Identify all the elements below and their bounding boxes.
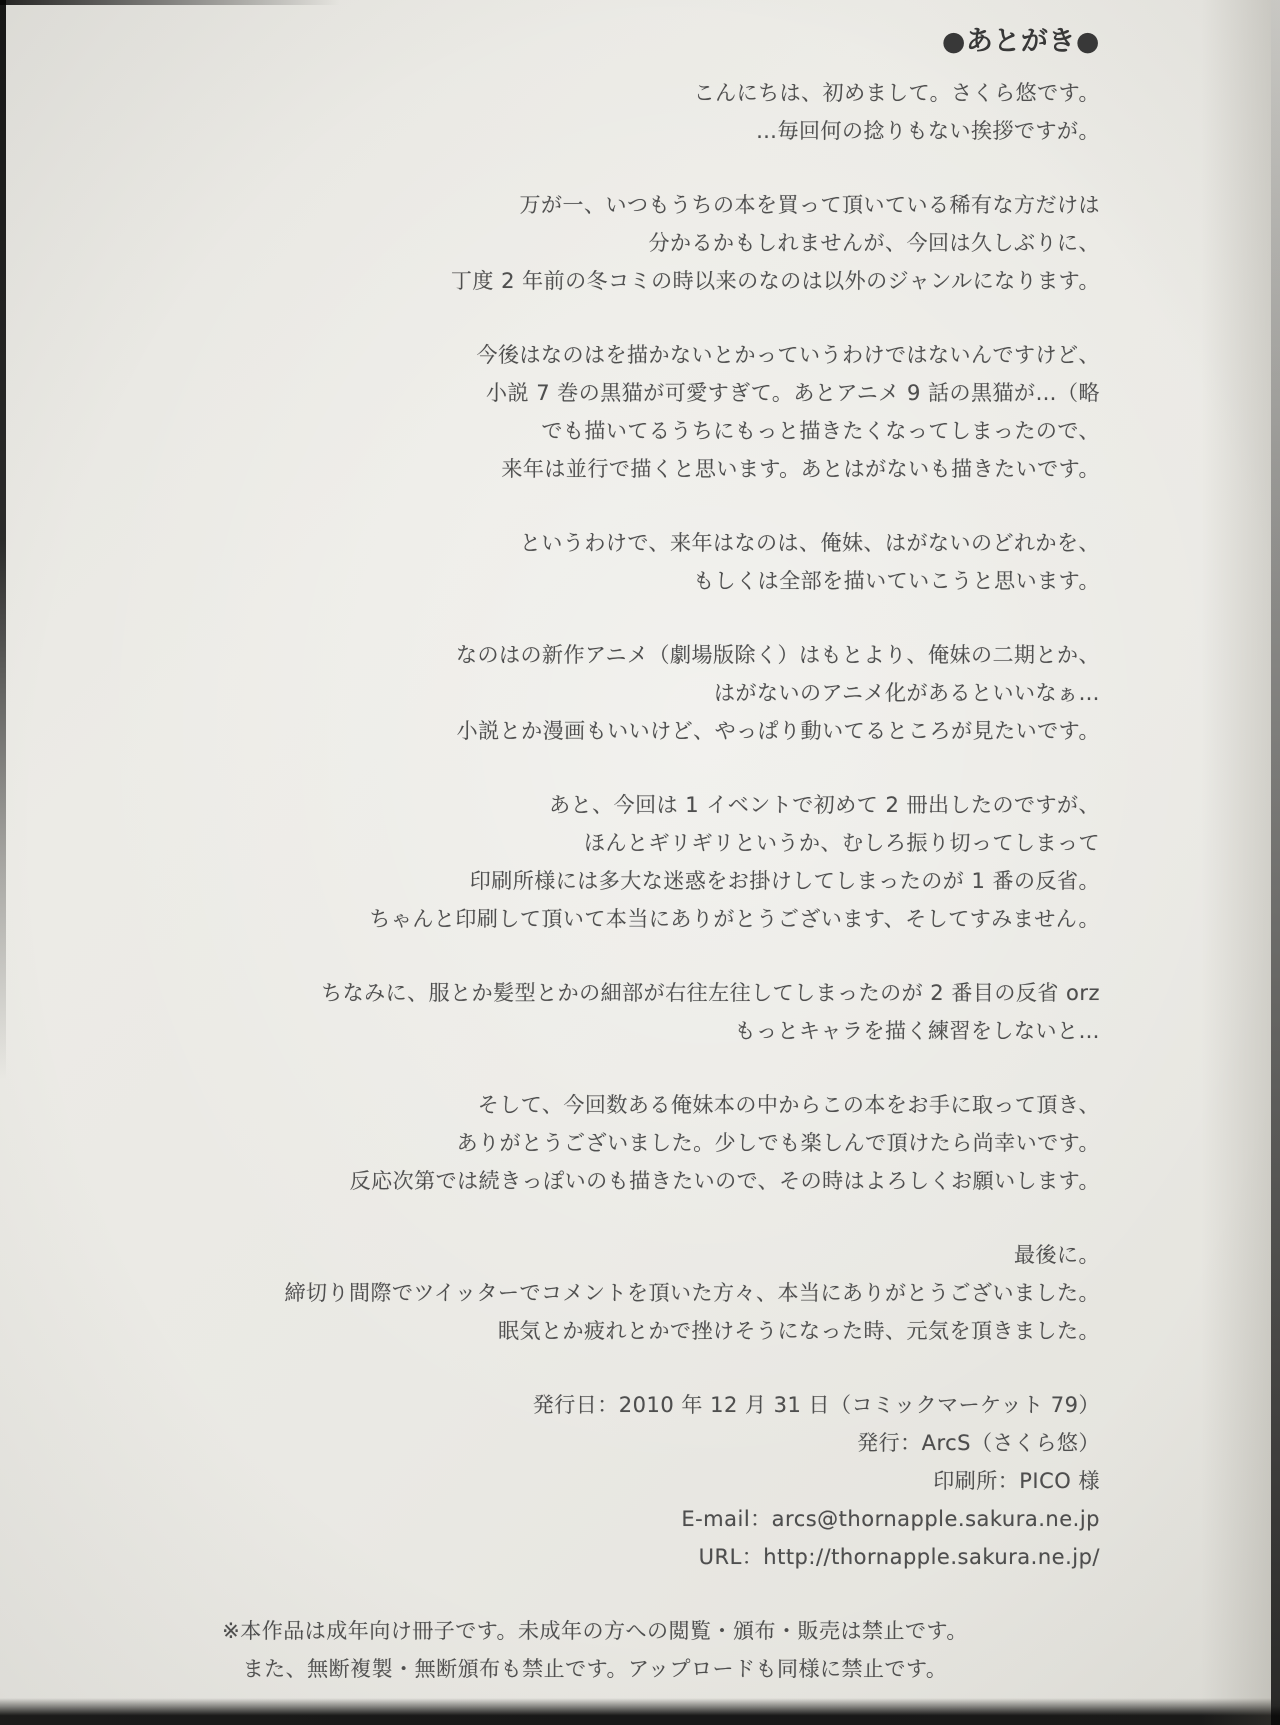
paragraph-thanks-readers: そして、今回数ある俺妹本の中からこの本をお手に取って頂き、 ありがとうございまし… [90,1086,1100,1200]
text-line: ほんとギリギリというか、むしろ振り切ってしまって [90,824,1100,862]
text-line: ありがとうございました。少しでも楽しんで頂けたら尚幸いです。 [90,1124,1100,1162]
paragraph-greeting: こんにちは、初めまして。さくら悠です。 …毎回何の捻りもない挨拶ですが。 [90,74,1100,150]
text-line: 来年は並行で描くと思います。あとはがないも描きたいです。 [90,450,1100,488]
disclaimer-line: また、無断複製・無断頒布も禁止です。アップロードも同様に禁止です。 [90,1650,1100,1688]
text-line: もしくは全部を描いていこうと思います。 [90,562,1100,600]
publication-date-line: 発行日：2010 年 12 月 31 日（コミックマーケット 79） [90,1386,1100,1424]
url-line: URL：http://thornapple.sakura.ne.jp/ [90,1538,1100,1576]
text-line: 印刷所様には多大な迷惑をお掛けしてしまったのが 1 番の反省。 [90,862,1100,900]
text-line: 最後に。 [90,1236,1100,1274]
text-line: 丁度 2 年前の冬コミの時以来のなのは以外のジャンルになります。 [90,262,1100,300]
text-line: そして、今回数ある俺妹本の中からこの本をお手に取って頂き、 [90,1086,1100,1124]
adult-content-disclaimer: ※本作品は成年向け冊子です。未成年の方への閲覧・頒布・販売は禁止です。 また、無… [90,1612,1100,1688]
text-line: ちなみに、服とか髪型とかの細部が右往左往してしまったのが 2 番目の反省 orz [90,974,1100,1012]
text-line: …毎回何の捻りもない挨拶ですが。 [90,112,1100,150]
paragraph-final-thanks: 最後に。 締切り間際でツイッターでコメントを頂いた方々、本当にありがとうございま… [90,1236,1100,1350]
text-line: あと、今回は 1 イベントで初めて 2 冊出したのですが、 [90,786,1100,824]
publisher-line: 発行：ArcS（さくら悠） [90,1424,1100,1462]
paragraph-anime-hopes: なのはの新作アニメ（劇場版除く）はもとより、俺妹の二期とか、 はがないのアニメ化… [90,636,1100,750]
text-line: はがないのアニメ化があるといいなぁ… [90,674,1100,712]
scan-edge-bottom [0,1698,1280,1725]
text-line: 眠気とか疲れとかで挫けそうになった時、元気を頂きました。 [90,1312,1100,1350]
paragraph-genre-change: 万が一、いつもうちの本を買って頂いている稀有な方だけは 分かるかもしれませんが、… [90,186,1100,300]
scanned-afterword-page: ●あとがき● こんにちは、初めまして。さくら悠です。 …毎回何の捻りもない挨拶で… [0,0,1280,1725]
paragraph-printer-apology: あと、今回は 1 イベントで初めて 2 冊出したのですが、 ほんとギリギリという… [90,786,1100,938]
afterword-text-column: ●あとがき● こんにちは、初めまして。さくら悠です。 …毎回何の捻りもない挨拶で… [90,22,1100,1688]
text-line: 締切り間際でツイッターでコメントを頂いた方々、本当にありがとうございました。 [90,1274,1100,1312]
text-line: というわけで、来年はなのは、俺妹、はがないのどれかを、 [90,524,1100,562]
scan-shadow-right [1201,0,1271,1725]
text-line: 万が一、いつもうちの本を買って頂いている稀有な方だけは [90,186,1100,224]
scan-edge-right [1271,0,1280,1725]
text-line: 反応次第では続きっぽいのも描きたいので、その時はよろしくお願いします。 [90,1162,1100,1200]
paragraph-future-drawing: 今後はなのはを描かないとかっていうわけではないんですけど、 小説 7 巻の黒猫が… [90,336,1100,488]
text-line: 分かるかもしれませんが、今回は久しぶりに、 [90,224,1100,262]
text-line: ちゃんと印刷して頂いて本当にありがとうございます、そしてすみません。 [90,900,1100,938]
text-line: でも描いてるうちにもっと描きたくなってしまったので、 [90,412,1100,450]
colophon: 発行日：2010 年 12 月 31 日（コミックマーケット 79） 発行：Ar… [90,1386,1100,1576]
text-line: 今後はなのはを描かないとかっていうわけではないんですけど、 [90,336,1100,374]
email-line: E-mail：arcs@thornapple.sakura.ne.jp [90,1500,1100,1538]
paragraph-second-regret: ちなみに、服とか髪型とかの細部が右往左往してしまったのが 2 番目の反省 orz… [90,974,1100,1050]
paragraph-next-year-plans: というわけで、来年はなのは、俺妹、はがないのどれかを、 もしくは全部を描いていこ… [90,524,1100,600]
text-line: 小説 7 巻の黒猫が可愛すぎて。あとアニメ 9 話の黒猫が…（略 [90,374,1100,412]
afterword-title: ●あとがき● [90,22,1100,62]
scan-edge-top [0,0,340,5]
disclaimer-line: ※本作品は成年向け冊子です。未成年の方への閲覧・頒布・販売は禁止です。 [90,1612,1100,1650]
text-line: 小説とか漫画もいいけど、やっぱり動いてるところが見たいです。 [90,712,1100,750]
text-line: こんにちは、初めまして。さくら悠です。 [90,74,1100,112]
printer-line: 印刷所：PICO 様 [90,1462,1100,1500]
text-line: もっとキャラを描く練習をしないと… [90,1012,1100,1050]
text-line: なのはの新作アニメ（劇場版除く）はもとより、俺妹の二期とか、 [90,636,1100,674]
scan-edge-left [0,0,6,1080]
